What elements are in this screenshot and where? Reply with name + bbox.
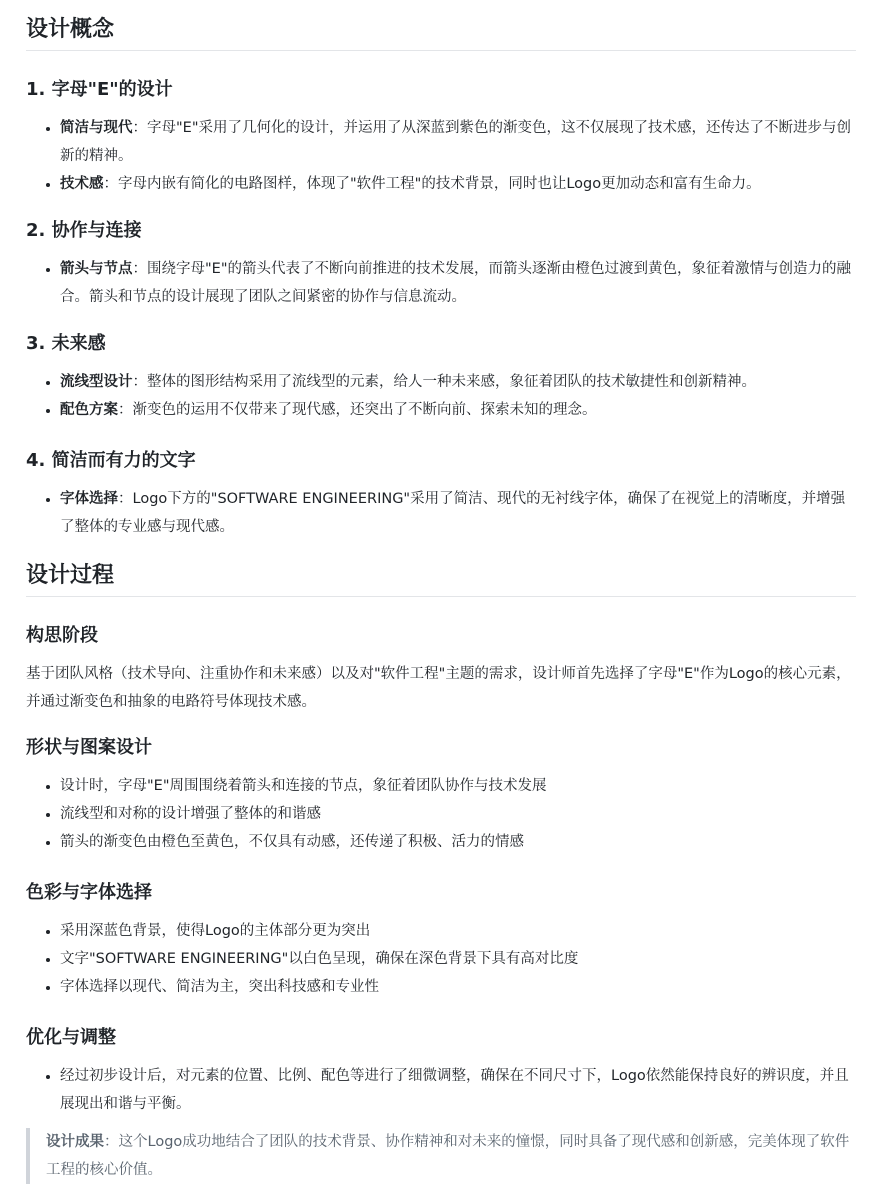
item-label: 箭头与节点 — [60, 261, 133, 277]
result-blockquote: 设计成果：这个Logo成功地结合了团队的技术背景、协作精神和对未来的憧憬，同时具… — [26, 1128, 856, 1184]
subsection-shape-pattern: 形状与图案设计 设计时，字母"E"周围围绕着箭头和连接的节点，象征着团队协作与技… — [26, 734, 856, 856]
quote-label: 设计成果 — [46, 1134, 104, 1150]
list-item: 箭头与节点：围绕字母"E"的箭头代表了不断向前推进的技术发展，而箭头逐渐由橙色过… — [60, 255, 856, 311]
subsection-typography: 4. 简洁而有力的文字 字体选择：Logo下方的"SOFTWARE ENGINE… — [26, 447, 856, 541]
subsection-collaboration: 2. 协作与连接 箭头与节点：围绕字母"E"的箭头代表了不断向前推进的技术发展，… — [26, 217, 856, 311]
subsection-optimization: 优化与调整 经过初步设计后，对元素的位置、比例、配色等进行了细微调整，确保在不同… — [26, 1024, 856, 1118]
item-label: 简洁与现代 — [60, 120, 133, 136]
subsection-heading: 色彩与字体选择 — [26, 879, 856, 907]
paragraph: 基于团队风格（技术导向、注重协作和未来感）以及对"软件工程"主题的需求，设计师首… — [26, 660, 856, 716]
list-item: 采用深蓝色背景，使得Logo的主体部分更为突出 — [60, 917, 856, 945]
subsection-heading: 优化与调整 — [26, 1024, 856, 1052]
list-item: 字体选择：Logo下方的"SOFTWARE ENGINEERING"采用了简洁、… — [60, 485, 856, 541]
subsection-heading: 1. 字母"E"的设计 — [26, 76, 856, 104]
subsection-futuristic: 3. 未来感 流线型设计：整体的图形结构采用了流线型的元素，给人一种未来感，象征… — [26, 330, 856, 424]
item-label: 流线型设计 — [60, 374, 133, 390]
item-sep: ： — [118, 491, 133, 507]
section-heading-design-concept: 设计概念 — [26, 14, 856, 51]
item-text: 字母"E"采用了几何化的设计，并运用了从深蓝到紫色的渐变色，这不仅展现了技术感，… — [60, 120, 851, 164]
list-item: 文字"SOFTWARE ENGINEERING"以白色呈现，确保在深色背景下具有… — [60, 945, 856, 973]
item-sep: ： — [133, 261, 148, 277]
list-item: 技术感：字母内嵌有简化的电路图样，体现了"软件工程"的技术背景，同时也让Logo… — [60, 170, 856, 198]
list-item: 箭头的渐变色由橙色至黄色，不仅具有动感，还传递了积极、活力的情感 — [60, 828, 856, 856]
quote-sep: ： — [104, 1134, 119, 1150]
item-sep: ： — [104, 176, 119, 192]
section-heading-design-process: 设计过程 — [26, 560, 856, 597]
subsection-color-font: 色彩与字体选择 采用深蓝色背景，使得Logo的主体部分更为突出 文字"SOFTW… — [26, 879, 856, 1001]
item-sep: ： — [118, 402, 133, 418]
list-item: 流线型设计：整体的图形结构采用了流线型的元素，给人一种未来感，象征着团队的技术敏… — [60, 368, 856, 396]
item-sep: ： — [133, 374, 148, 390]
item-text: 整体的图形结构采用了流线型的元素，给人一种未来感，象征着团队的技术敏捷性和创新精… — [147, 374, 756, 390]
list-item: 简洁与现代：字母"E"采用了几何化的设计，并运用了从深蓝到紫色的渐变色，这不仅展… — [60, 114, 856, 170]
item-text: 字母内嵌有简化的电路图样，体现了"软件工程"的技术背景，同时也让Logo更加动态… — [118, 176, 761, 192]
item-text: Logo下方的"SOFTWARE ENGINEERING"采用了简洁、现代的无衬… — [60, 491, 845, 535]
bullet-list: 设计时，字母"E"周围围绕着箭头和连接的节点，象征着团队协作与技术发展 流线型和… — [26, 772, 856, 856]
bullet-list: 流线型设计：整体的图形结构采用了流线型的元素，给人一种未来感，象征着团队的技术敏… — [26, 368, 856, 424]
subsection-heading: 4. 简洁而有力的文字 — [26, 447, 856, 475]
subsection-heading: 构思阶段 — [26, 622, 856, 650]
item-sep: ： — [133, 120, 148, 136]
item-label: 字体选择 — [60, 491, 118, 507]
item-label: 配色方案 — [60, 402, 118, 418]
subsection-ideation: 构思阶段 基于团队风格（技术导向、注重协作和未来感）以及对"软件工程"主题的需求… — [26, 622, 856, 716]
bullet-list: 字体选择：Logo下方的"SOFTWARE ENGINEERING"采用了简洁、… — [26, 485, 856, 541]
item-text: 渐变色的运用不仅带来了现代感，还突出了不断向前、探索未知的理念。 — [133, 402, 597, 418]
list-item: 经过初步设计后，对元素的位置、比例、配色等进行了细微调整，确保在不同尺寸下，Lo… — [60, 1062, 856, 1118]
bullet-list: 简洁与现代：字母"E"采用了几何化的设计，并运用了从深蓝到紫色的渐变色，这不仅展… — [26, 114, 856, 198]
subsection-letter-e: 1. 字母"E"的设计 简洁与现代：字母"E"采用了几何化的设计，并运用了从深蓝… — [26, 76, 856, 198]
list-item: 设计时，字母"E"周围围绕着箭头和连接的节点，象征着团队协作与技术发展 — [60, 772, 856, 800]
list-item: 配色方案：渐变色的运用不仅带来了现代感，还突出了不断向前、探索未知的理念。 — [60, 396, 856, 424]
list-item: 字体选择以现代、简洁为主，突出科技感和专业性 — [60, 973, 856, 1001]
quote-text: 这个Logo成功地结合了团队的技术背景、协作精神和对未来的憧憬，同时具备了现代感… — [46, 1134, 849, 1178]
subsection-heading: 形状与图案设计 — [26, 734, 856, 762]
item-label: 技术感 — [60, 176, 104, 192]
bullet-list: 经过初步设计后，对元素的位置、比例、配色等进行了细微调整，确保在不同尺寸下，Lo… — [26, 1062, 856, 1118]
bullet-list: 采用深蓝色背景，使得Logo的主体部分更为突出 文字"SOFTWARE ENGI… — [26, 917, 856, 1001]
subsection-heading: 2. 协作与连接 — [26, 217, 856, 245]
list-item: 流线型和对称的设计增强了整体的和谐感 — [60, 800, 856, 828]
subsection-heading: 3. 未来感 — [26, 330, 856, 358]
bullet-list: 箭头与节点：围绕字母"E"的箭头代表了不断向前推进的技术发展，而箭头逐渐由橙色过… — [26, 255, 856, 311]
item-text: 围绕字母"E"的箭头代表了不断向前推进的技术发展，而箭头逐渐由橙色过渡到黄色，象… — [60, 261, 851, 305]
